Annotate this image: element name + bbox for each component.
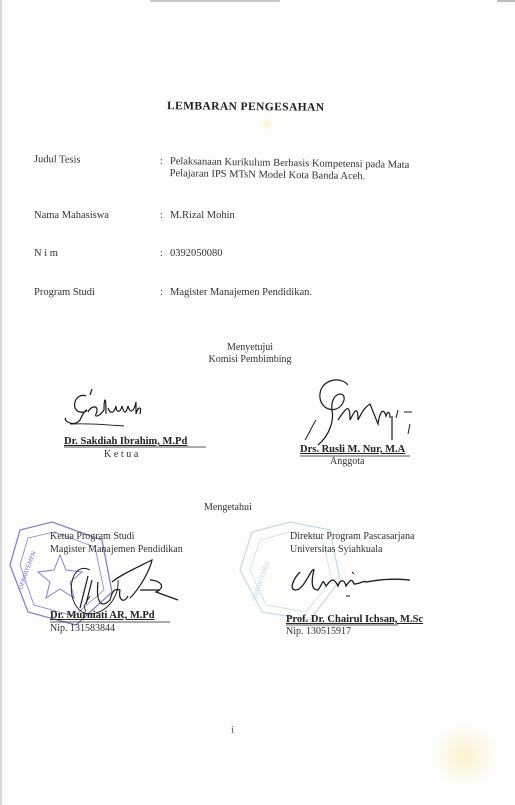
signatures-and-stamps: DEPARTEMEN DEPARTEMEN xyxy=(0,0,515,805)
svg-text:DEPARTEMEN: DEPARTEMEN xyxy=(17,550,37,590)
supervisor-2-name: Drs. Rusli M. Nur, M.A xyxy=(300,444,405,455)
signature-2-icon xyxy=(305,380,412,445)
title-line: Universitas Syiahkuala xyxy=(290,543,414,556)
program-head-title: Ketua Program Studi Magister Manajemen P… xyxy=(50,530,183,556)
director-nip: Nip. 130515917 xyxy=(286,626,351,637)
director-title: Direktur Program Pascasarjana Universita… xyxy=(290,530,414,556)
acknowledged-heading: Mengetahui xyxy=(204,502,252,513)
signature-4-icon xyxy=(292,570,410,596)
supervisor-1-role: Ketua xyxy=(104,449,141,460)
title-line: Ketua Program Studi xyxy=(50,530,183,543)
signature-3-icon xyxy=(71,560,178,614)
page-number: i xyxy=(231,725,234,736)
program-head-nip: Nip. 131583844 xyxy=(50,623,115,634)
supervisor-2-role: Anggota xyxy=(330,456,364,467)
title-line: Magister Manajemen Pendidikan xyxy=(50,543,183,556)
director-name: Prof. Dr. Chairul Ichsan, M.Sc xyxy=(286,614,423,625)
signature-1-icon xyxy=(65,389,140,426)
supervisor-1-name: Dr. Sakdiah Ibrahim, M.Pd xyxy=(64,436,187,447)
program-head-name: Dr. Murniati AR, M.Pd xyxy=(50,610,155,621)
document-page: LEMBARAN PENGESAHAN Judul Tesis : Pelaks… xyxy=(0,0,515,805)
title-line: Direktur Program Pascasarjana xyxy=(290,530,414,543)
